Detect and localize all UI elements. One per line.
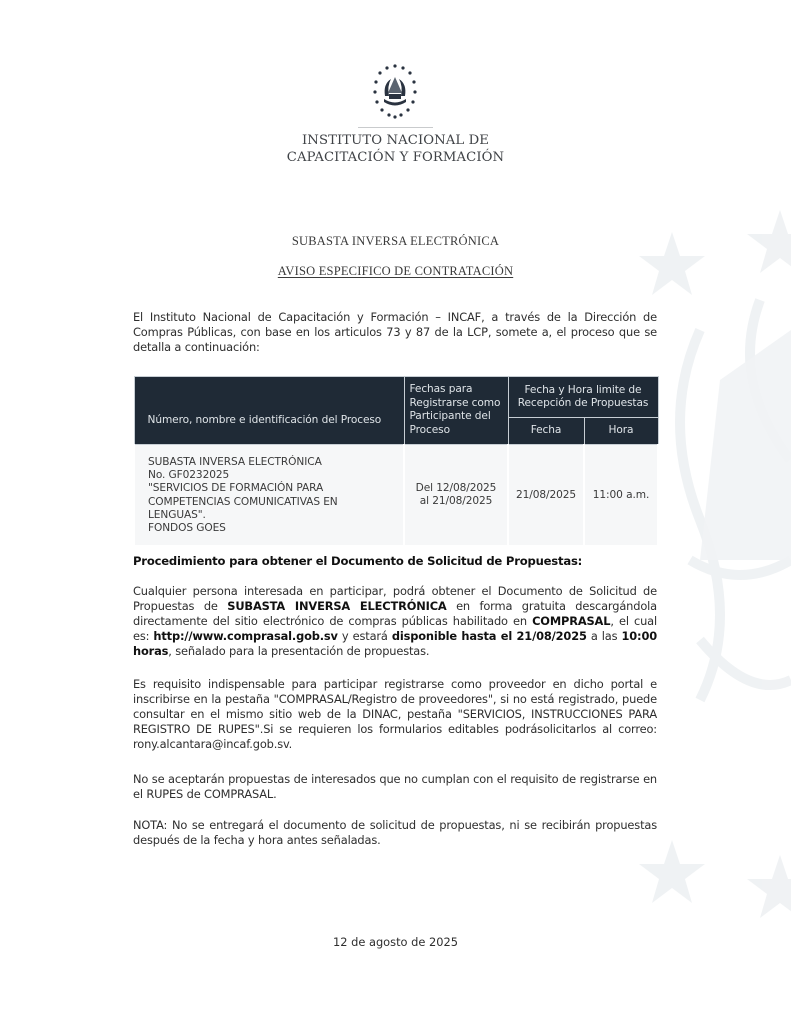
table-row: SUBASTA INVERSA ELECTRÓNICA No. GF023202… — [134, 445, 658, 546]
cell-registration: Del 12/08/2025 al 21/08/2025 — [404, 445, 508, 546]
el-salvador-coat-of-arms-icon — [365, 62, 425, 122]
header-time: Hora — [584, 418, 658, 445]
footer-date: 12 de agosto de 2025 — [0, 935, 791, 949]
procedure-paragraph-1: Cualquier persona interesada en particip… — [133, 584, 657, 659]
cell-process: SUBASTA INVERSA ELECTRÓNICA No. GF023202… — [134, 445, 404, 546]
comprasal-link[interactable]: http://www.comprasal.gob.sv — [153, 629, 337, 643]
document-page: INSTITUTO NACIONAL DE CAPACITACIÓN Y FOR… — [0, 0, 791, 1024]
intro-paragraph: El Instituto Nacional de Capacitación y … — [133, 310, 657, 355]
procedure-paragraph-2: Es requisito indispensable para particip… — [133, 677, 657, 752]
document-title: SUBASTA INVERSA ELECTRÓNICA — [0, 234, 791, 249]
header-registration: Fechas para Registrarse como Participant… — [404, 377, 508, 445]
institution-name-line1: INSTITUTO NACIONAL DE — [0, 132, 791, 149]
procedure-heading: Procedimiento para obtener el Documento … — [133, 554, 582, 568]
cell-date: 21/08/2025 — [508, 445, 584, 546]
document-subtitle-text: AVISO ESPECIFICO DE CONTRATACIÓN — [278, 264, 513, 278]
cell-time: 11:00 a.m. — [584, 445, 658, 546]
procedure-note: NOTA: No se entregará el documento de so… — [133, 818, 657, 848]
institution-name: INSTITUTO NACIONAL DE CAPACITACIÓN Y FOR… — [0, 132, 791, 166]
process-table: Número, nombre e identificación del Proc… — [133, 376, 659, 545]
procedure-paragraph-3: No se aceptarán propuestas de interesado… — [133, 772, 657, 802]
header-process: Número, nombre e identificación del Proc… — [134, 377, 404, 445]
document-subtitle: AVISO ESPECIFICO DE CONTRATACIÓN — [0, 264, 791, 279]
header-deadline: Fecha y Hora limite de Recepción de Prop… — [508, 377, 658, 418]
institution-name-line2: CAPACITACIÓN Y FORMACIÓN — [0, 149, 791, 166]
header-date: Fecha — [508, 418, 584, 445]
logo-divider — [358, 127, 433, 128]
